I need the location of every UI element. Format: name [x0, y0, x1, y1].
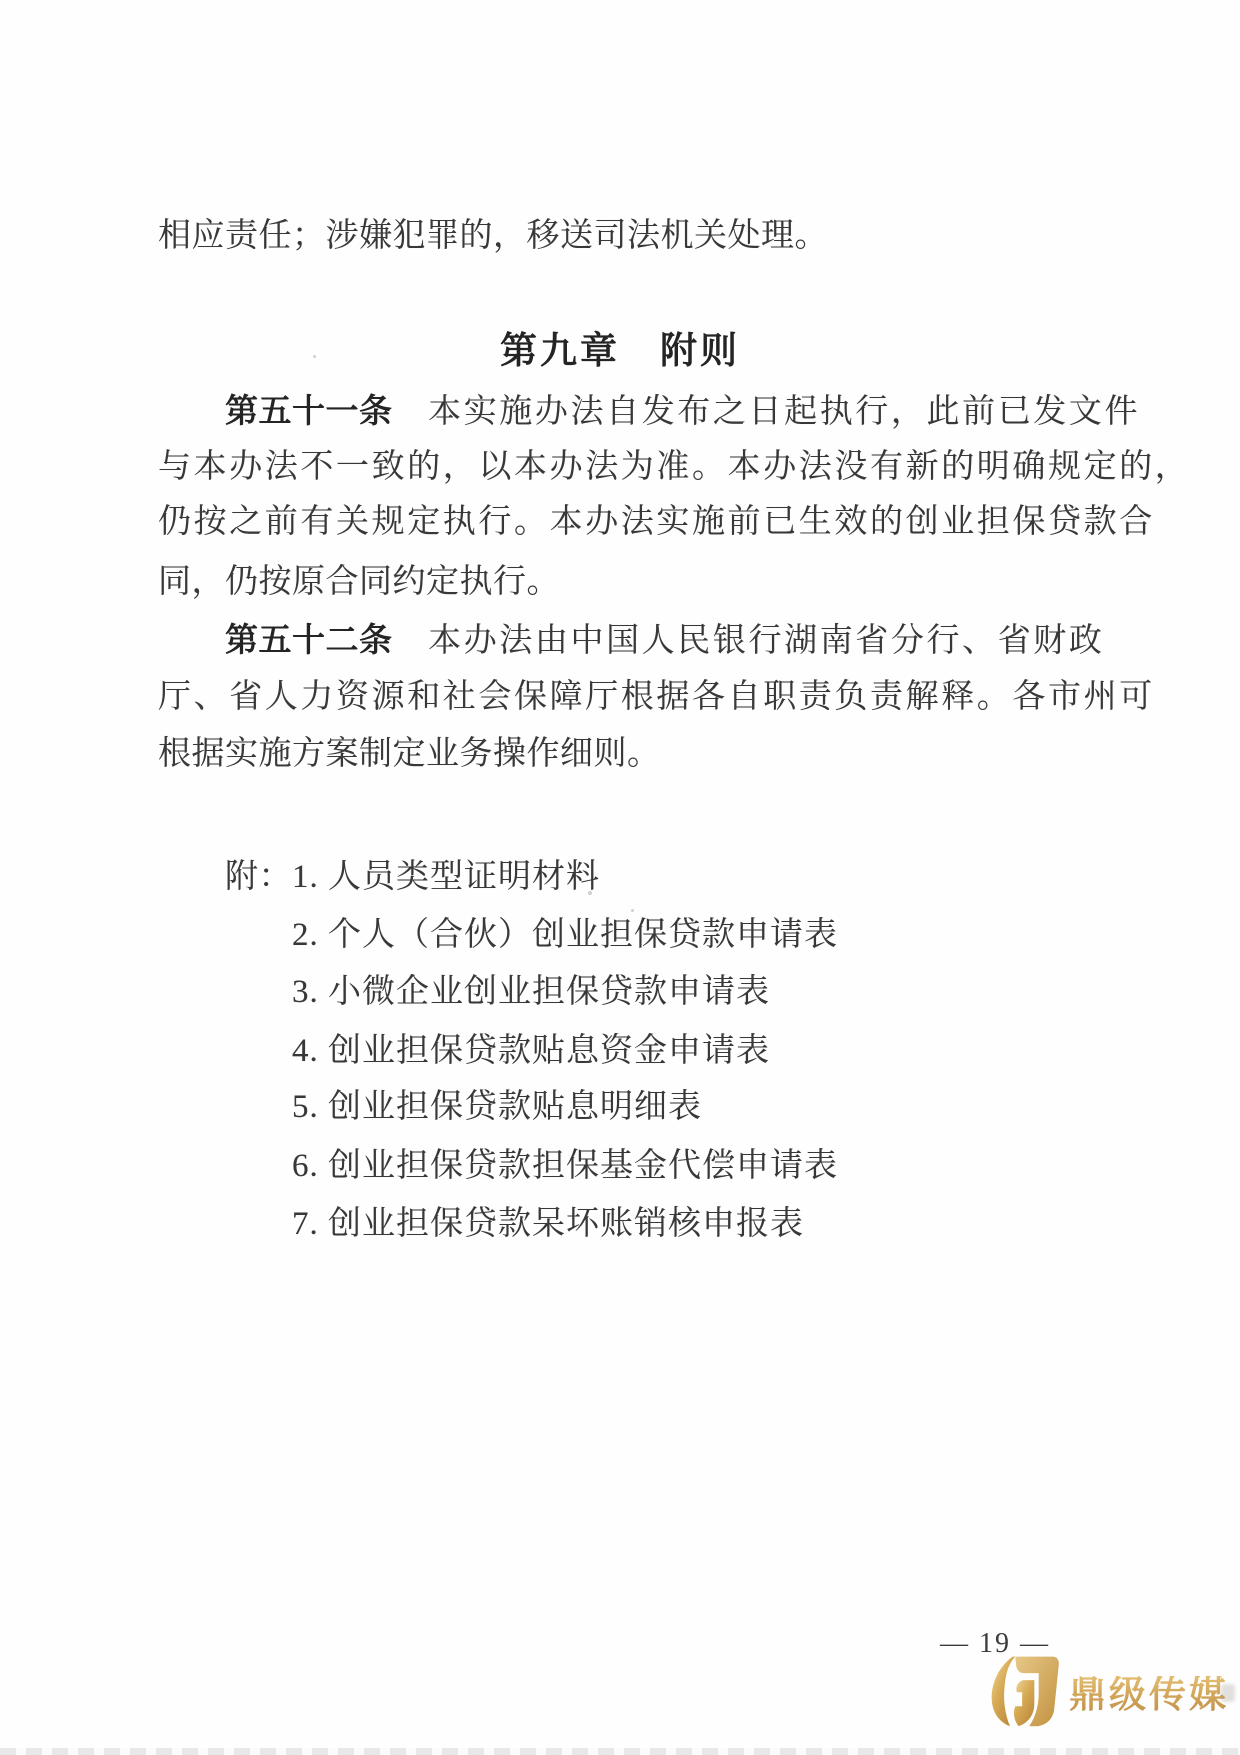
attachment-item-1: 1. 人员类型证明材料 [292, 859, 600, 895]
scan-smudge-artifact [1221, 1684, 1235, 1702]
attachment-item-3: 3. 小微企业创业担保贷款申请表 [292, 976, 770, 1009]
article-51-line-4: 同，仍按原合同约定执行。 [158, 566, 560, 599]
article-52-line-1: 第五十二条 本办法由中国人民银行湖南省分行、省财政 [225, 623, 1105, 658]
paragraph-continuation-line: 相应责任；涉嫌犯罪的，移送司法机关处理。 [158, 220, 828, 253]
article-52-number: 第五十二条 [225, 621, 393, 658]
article-51-line-1-text: 本实施办法自发布之日起执行，此前已发文件 [393, 394, 1141, 430]
attachment-item-6: 6. 创业担保贷款担保基金代偿申请表 [292, 1150, 838, 1183]
article-52-line-1-text: 本办法由中国人民银行湖南省分行、省财政 [393, 623, 1105, 659]
article-51-line-1: 第五十一条 本实施办法自发布之日起执行，此前已发文件 [225, 394, 1140, 429]
brand-watermark: 鼎级传媒 [983, 1654, 1229, 1728]
article-52-line-2: 厅、省人力资源和社会保障厅根据各自职责负责解释。各市州可 [158, 681, 1155, 714]
brand-name: 鼎级传媒 [1069, 1676, 1229, 1713]
attachment-label: 附： [225, 859, 292, 895]
scan-speck [588, 891, 592, 895]
article-51-number: 第五十一条 [225, 392, 393, 429]
article-51-line-2: 与本办法不一致的，以本办法为准。本办法没有新的明确规定的， [158, 451, 1190, 484]
attachment-item-4: 4. 创业担保贷款贴息资金申请表 [292, 1035, 770, 1068]
article-52-line-3: 根据实施方案制定业务操作细则。 [158, 738, 661, 771]
article-51-line-3: 仍按之前有关规定执行。本办法实施前已生效的创业担保贷款合 [158, 506, 1155, 539]
attachment-item-7: 7. 创业担保贷款呆坏账销核申报表 [292, 1208, 804, 1241]
attachment-item-2: 2. 个人（合伙）创业担保贷款申请表 [292, 919, 838, 952]
attachment-list-row-1: 附：1. 人员类型证明材料 [225, 861, 600, 894]
scan-speck [631, 909, 634, 912]
scan-edge-artifact [0, 1748, 1240, 1755]
attachment-item-5: 5. 创业担保贷款贴息明细表 [292, 1091, 702, 1124]
scan-speck [313, 355, 316, 358]
scanned-document-page: 相应责任；涉嫌犯罪的，移送司法机关处理。 第九章 附则 第五十一条 本实施办法自… [0, 0, 1240, 1755]
dingji-media-logo-icon [983, 1654, 1063, 1728]
chapter-heading: 第九章 附则 [0, 332, 1240, 369]
